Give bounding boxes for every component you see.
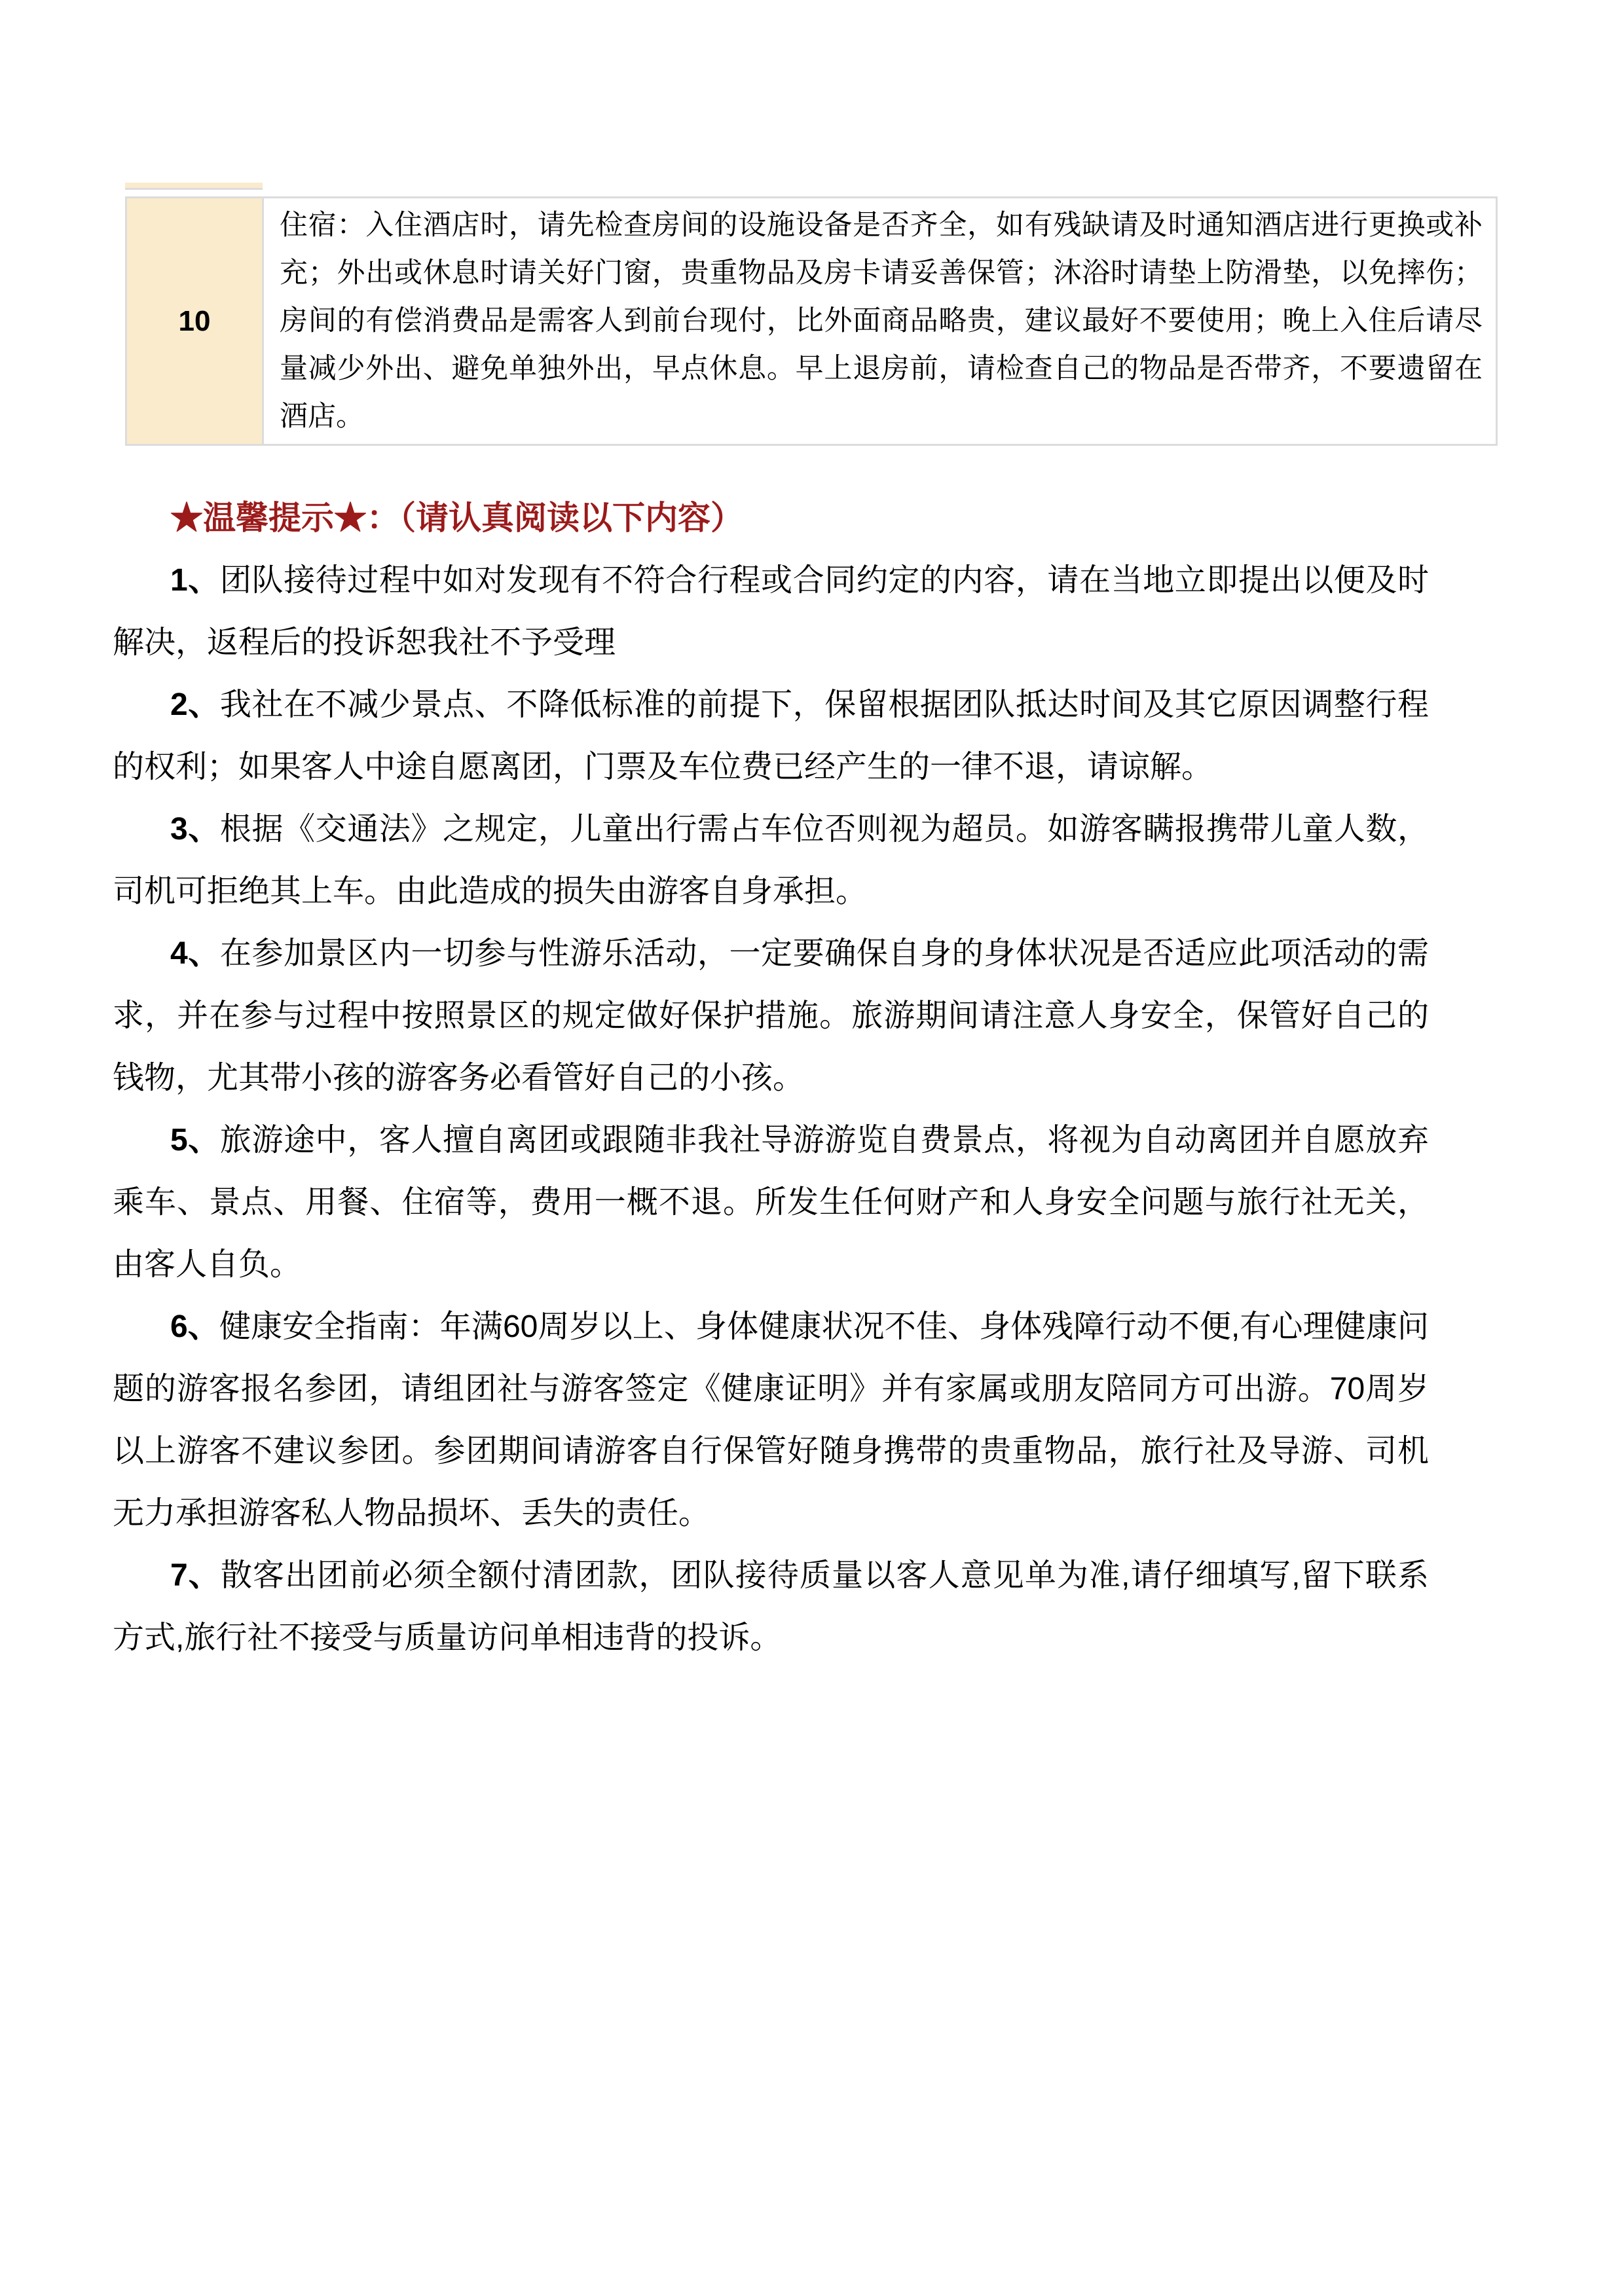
tip-text: 我社在不减少景点、不降低标准的前提下，保留根据团队抵达时间及其它原因调整行程的权…	[113, 687, 1429, 784]
tip-text: 根据《交通法》之规定，儿童出行需占车位否则视为超员。如游客瞒报携带儿童人数，司机…	[113, 812, 1429, 909]
row-text-cell: 住宿：入住酒店时，请先检查房间的设施设备是否齐全，如有残缺请及时通知酒店进行更换…	[264, 198, 1496, 444]
tip-item-4: 4、在参加景区内一切参与性游乐活动，一定要确保自身的身体状况是否适应此项活动的需…	[113, 922, 1429, 1109]
tip-item-2: 2、我社在不减少景点、不降低标准的前提下，保留根据团队抵达时间及其它原因调整行程…	[113, 674, 1429, 798]
tip-number: 1、	[170, 563, 220, 598]
row-number: 10	[179, 305, 211, 338]
previous-row-border	[125, 188, 263, 190]
tip-item-1: 1、团队接待过程中如对发现有不符合行程或合同约定的内容，请在当地立即提出以便及时…	[113, 549, 1429, 674]
row-text: 住宿：入住酒店时，请先检查房间的设施设备是否齐全，如有残缺请及时通知酒店进行更换…	[280, 210, 1483, 432]
tip-number: 4、	[170, 936, 220, 971]
tip-text: 健康安全指南：年满60周岁以上、身体健康状况不佳、身体残障行动不便,有心理健康问…	[113, 1309, 1429, 1531]
tip-item-5: 5、旅游途中，客人擅自离团或跟随非我社导游游览自费景点，将视为自动离团并自愿放弃…	[113, 1109, 1429, 1296]
tip-number: 3、	[170, 812, 220, 847]
tip-text: 散客出团前必须全额付清团款，团队接待质量以客人意见单为准,请仔细填写,留下联系方…	[113, 1558, 1429, 1655]
row-number-cell: 10	[127, 198, 264, 444]
tip-number: 5、	[170, 1123, 220, 1157]
tip-number: 7、	[170, 1558, 221, 1593]
tip-number: 2、	[170, 687, 220, 722]
notice-table: 10 住宿：入住酒店时，请先检查房间的设施设备是否齐全，如有残缺请及时通知酒店进…	[125, 196, 1498, 446]
tip-item-7: 7、散客出团前必须全额付清团款，团队接待质量以客人意见单为准,请仔细填写,留下联…	[113, 1544, 1429, 1669]
tip-item-3: 3、根据《交通法》之规定，儿童出行需占车位否则视为超员。如游客瞒报携带儿童人数，…	[113, 798, 1429, 922]
tip-number: 6、	[170, 1309, 219, 1344]
tip-text: 团队接待过程中如对发现有不符合行程或合同约定的内容，请在当地立即提出以便及时解决…	[113, 563, 1429, 660]
tips-heading: ★温馨提示★：（请认真阅读以下内容）	[113, 487, 1429, 549]
tips-section: ★温馨提示★：（请认真阅读以下内容） 1、团队接待过程中如对发现有不符合行程或合…	[113, 487, 1429, 1669]
tip-item-6: 6、健康安全指南：年满60周岁以上、身体健康状况不佳、身体残障行动不便,有心理健…	[113, 1296, 1429, 1544]
previous-row-sliver	[125, 183, 263, 188]
tip-text: 旅游途中，客人擅自离团或跟随非我社导游游览自费景点，将视为自动离团并自愿放弃乘车…	[113, 1123, 1429, 1282]
tip-text: 在参加景区内一切参与性游乐活动，一定要确保自身的身体状况是否适应此项活动的需求，…	[113, 936, 1429, 1095]
document-page: 10 住宿：入住酒店时，请先检查房间的设施设备是否齐全，如有残缺请及时通知酒店进…	[0, 0, 1624, 2296]
